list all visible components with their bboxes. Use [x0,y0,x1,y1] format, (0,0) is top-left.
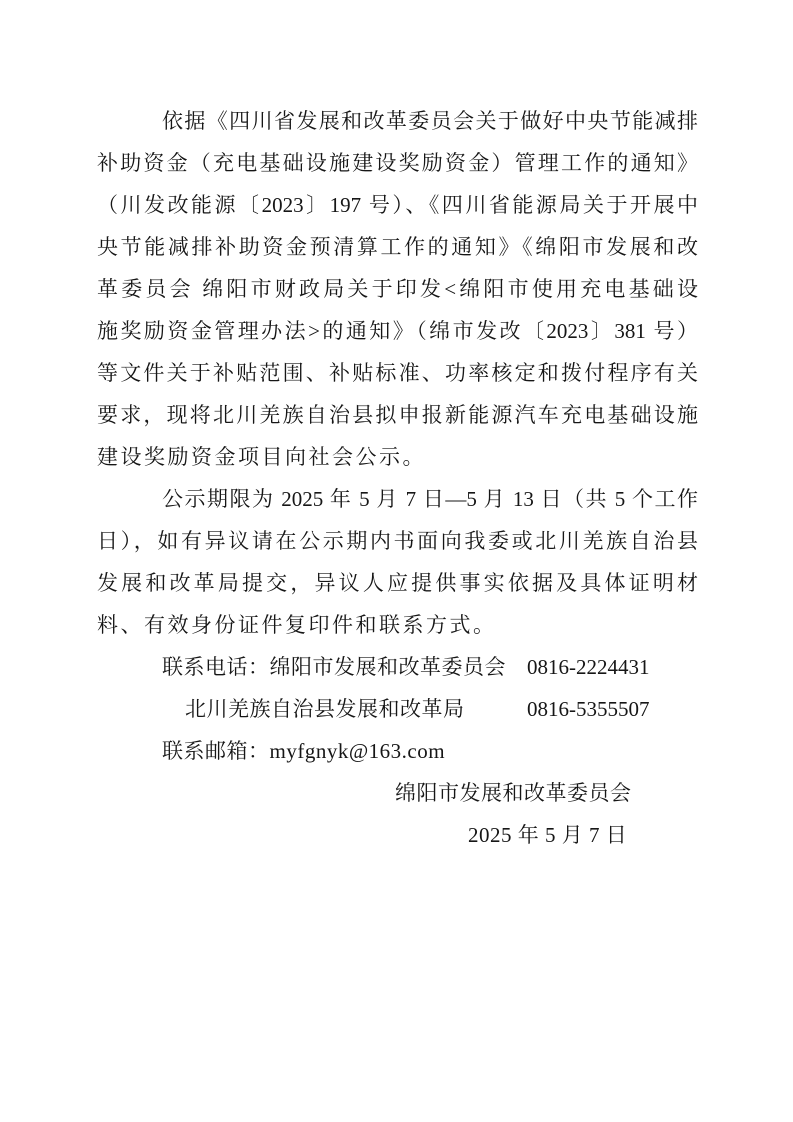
contact-email-address: myfgnyk@163.com [270,739,446,763]
body-line: 发展和改革局提交，异议人应提供事实依据及具体证明材 [97,562,698,604]
body-line: 要求，现将北川羌族自治县拟申报新能源汽车充电基础设施 [97,394,698,436]
body-line: （川发改能源〔2023〕197 号）、《四川省能源局关于开展中 [97,184,698,226]
contact-org-1: 绵阳市发展和改革委员会 [270,655,507,679]
contact-phone-row-1: 联系电话：绵阳市发展和改革委员会 0816-2224431 [97,646,698,688]
body-line: 依据《四川省发展和改革委员会关于做好中央节能减排 [97,100,698,142]
body-line: 等文件关于补贴范围、补贴标准、功率核定和拨付程序有关 [97,352,698,394]
document-page: 依据《四川省发展和改革委员会关于做好中央节能减排 补助资金（充电基础设施建设奖励… [0,0,793,1122]
contact-phone-number-2: 0816-5355507 [527,688,650,730]
contact-email-row: 联系邮箱：myfgnyk@163.com [97,730,698,772]
body-line: 补助资金（充电基础设施建设奖励资金）管理工作的通知》 [97,142,698,184]
body-line: 料、有效身份证件复印件和联系方式。 [97,604,698,646]
body-line: 日），如有异议请在公示期内书面向我委或北川羌族自治县 [97,520,698,562]
contact-phone-label: 联系电话： [162,655,270,679]
notice-body: 依据《四川省发展和改革委员会关于做好中央节能减排 补助资金（充电基础设施建设奖励… [97,100,698,856]
contact-org-2: 北川羌族自治县发展和改革局 [185,697,465,721]
body-line: 革委员会 绵阳市财政局关于印发<绵阳市使用充电基础设 [97,268,698,310]
contact-phone-row-2: 北川羌族自治县发展和改革局 0816-5355507 [97,688,698,730]
signature-date: 2025 年 5 月 7 日 [97,814,698,856]
body-line: 央节能减排补助资金预清算工作的通知》《绵阳市发展和改 [97,226,698,268]
signature-org: 绵阳市发展和改革委员会 [97,772,698,814]
body-line: 公示期限为 2025 年 5 月 7 日—5 月 13 日（共 5 个工作 [97,478,698,520]
body-line: 建设奖励资金项目向社会公示。 [97,436,698,478]
body-line: 施奖励资金管理办法>的通知》（绵市发改〔2023〕381 号） [97,310,698,352]
contact-email-label: 联系邮箱： [162,739,270,763]
contact-phone-number-1: 0816-2224431 [527,646,650,688]
